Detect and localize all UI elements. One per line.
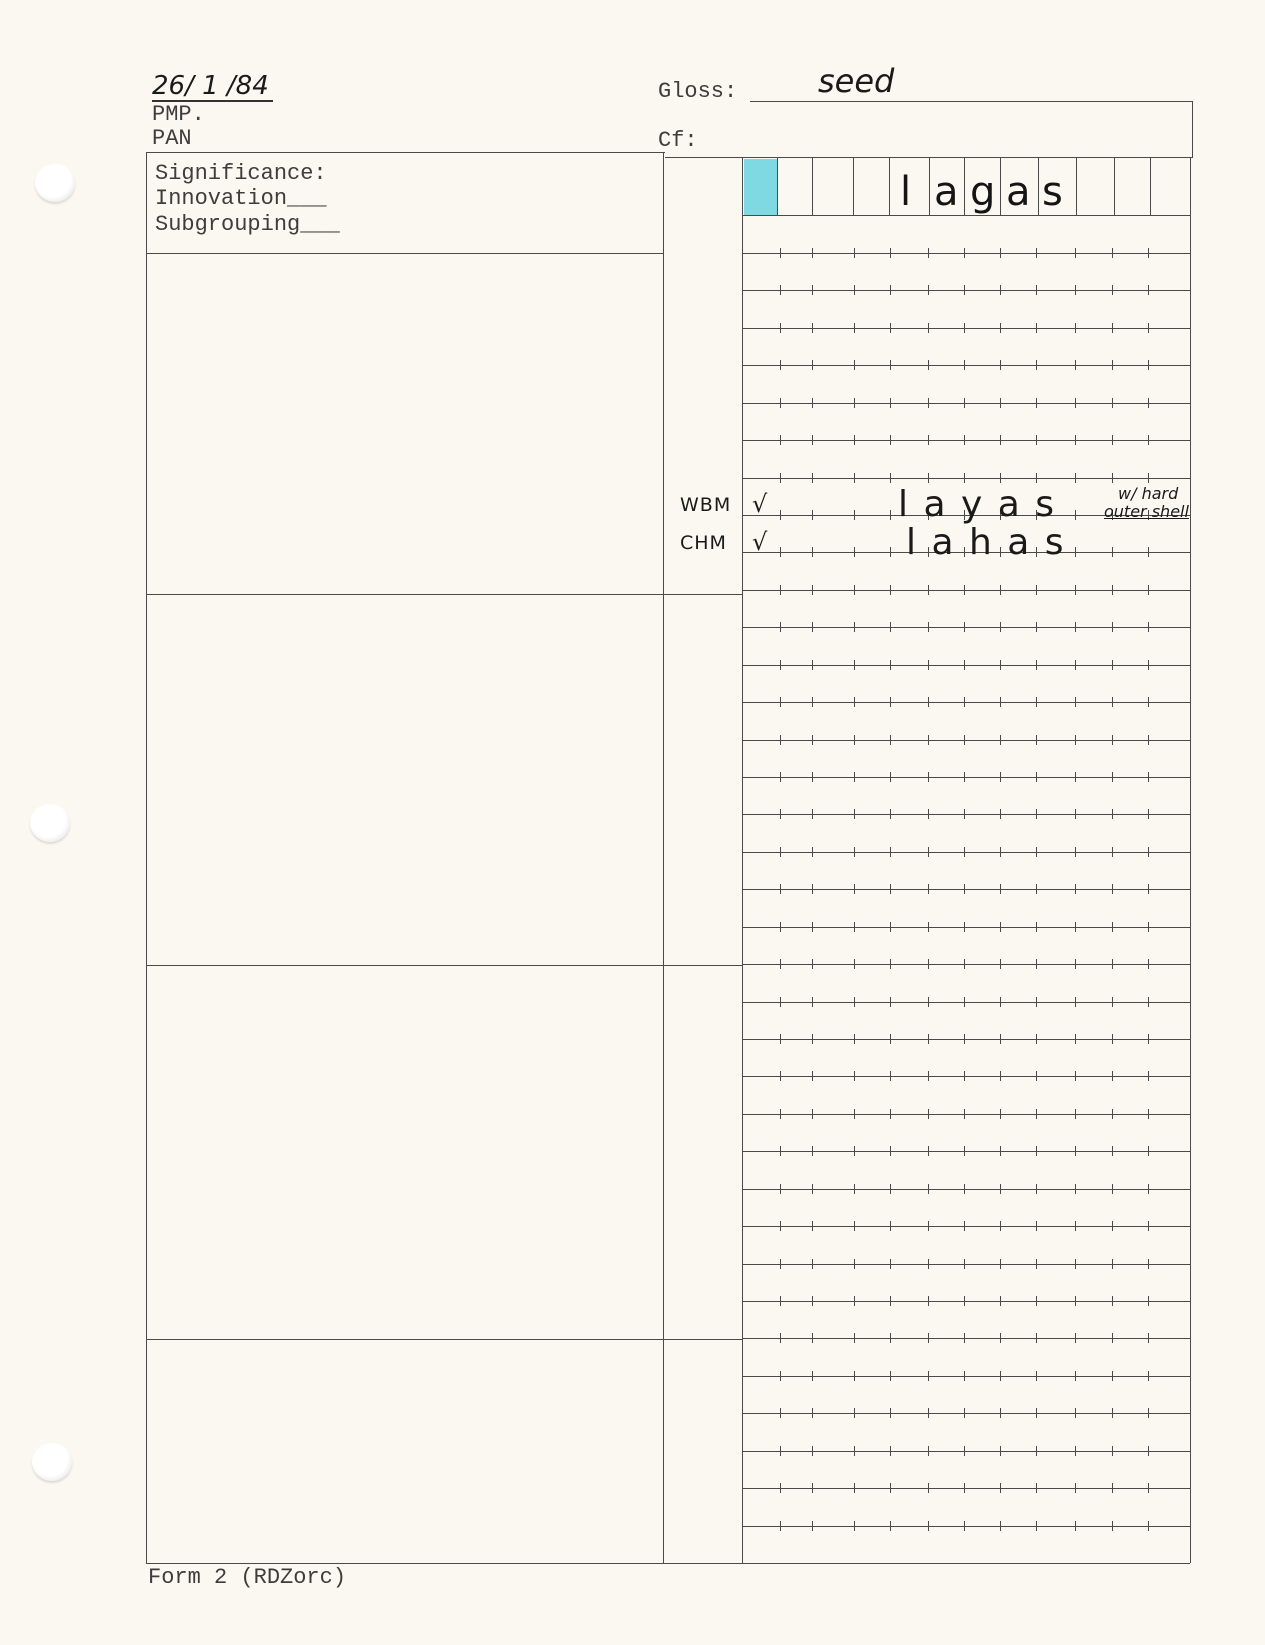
ruled-tick [1075,323,1076,333]
ruled-tick [1036,1333,1037,1343]
ruled-tick [964,1221,965,1231]
ruled-tick [890,360,891,370]
ruled-tick [928,285,929,295]
ruled-line [742,1301,1190,1302]
gloss-value: seed [818,62,894,100]
ruled-tick [928,398,929,408]
ruled-tick [1036,622,1037,632]
entry-note-line2: outer shell [1104,502,1189,521]
ruled-tick [964,1521,965,1531]
ruled-tick [1148,1408,1149,1418]
ruled-tick [1112,660,1113,670]
ruled-tick [964,735,965,745]
ruled-tick [1148,1371,1149,1381]
ruled-tick [854,1109,855,1119]
ruled-tick [928,660,929,670]
ruled-tick [1000,323,1001,333]
ruled-tick [928,1221,929,1231]
ruled-tick [812,1071,813,1081]
ruled-line [742,1376,1190,1377]
ruled-tick [854,1184,855,1194]
ruled-tick [1036,959,1037,969]
ruled-tick [780,1296,781,1306]
ruled-tick [854,1483,855,1493]
ruled-tick [928,959,929,969]
ruled-tick [928,1296,929,1306]
ruled-tick [1036,1109,1037,1119]
ruled-tick [1148,697,1149,707]
ruled-tick [812,398,813,408]
ruled-tick [890,1483,891,1493]
ruled-tick [890,1333,891,1343]
ruled-tick [854,997,855,1007]
ruled-tick [1036,1521,1037,1531]
column-divider-source [663,152,664,1563]
ruled-tick [1036,585,1037,595]
ruled-tick [1148,1071,1149,1081]
ruled-tick [812,735,813,745]
ruled-tick [890,248,891,258]
ruled-tick [928,1034,929,1044]
date-handwritten: 26/ 1 /84 [152,72,273,102]
ruled-tick [780,1146,781,1156]
ruled-line [742,964,1190,965]
ruled-tick [780,622,781,632]
header-cell-divider [1000,157,1001,215]
ruled-tick [890,622,891,632]
ruled-tick [928,585,929,595]
ruled-tick [890,1408,891,1418]
ruled-tick [890,323,891,333]
ruled-tick [964,660,965,670]
ruled-tick [928,922,929,932]
ruled-tick [1036,1408,1037,1418]
frame-top-left [146,152,665,153]
ruled-tick [1112,847,1113,857]
ruled-tick [812,1333,813,1343]
ruled-tick [780,1521,781,1531]
ruled-tick [1112,1146,1113,1156]
ruled-tick [812,435,813,445]
ruled-tick [1075,1034,1076,1044]
ruled-tick [780,1446,781,1456]
ruled-tick [1148,323,1149,333]
ruled-tick [964,285,965,295]
ruled-tick [1000,622,1001,632]
reconstruction-letter-3: g [970,172,995,212]
entry-form-chm: l a h a s [906,522,1065,563]
header-cell-divider [889,157,890,215]
ruled-tick [812,1221,813,1231]
cf-label: Cf: [658,129,698,153]
ruled-tick [854,360,855,370]
frame-left-edge [146,152,147,1563]
frame-right-edge [1190,157,1191,1563]
ruled-tick [1075,1296,1076,1306]
ruled-tick [964,435,965,445]
header-cell-divider [777,157,778,215]
ruled-tick [854,959,855,969]
ruled-line [742,328,1190,329]
header-cell-divider [1114,157,1115,215]
ruled-tick [928,1371,929,1381]
ruled-tick [1112,1408,1113,1418]
ruled-tick [1148,1483,1149,1493]
ruled-tick [1148,585,1149,595]
ruled-tick [890,1184,891,1194]
section-divider-3 [146,1339,742,1340]
ruled-tick [854,1071,855,1081]
ruled-tick [1000,1333,1001,1343]
entry-check-chm: √ [752,528,767,556]
ruled-tick [890,1221,891,1231]
ruled-tick [1075,1259,1076,1269]
significance-bottom-line [146,253,663,254]
ruled-tick [1112,622,1113,632]
ruled-tick [1148,1259,1149,1269]
ruled-line [742,253,1190,254]
ruled-tick [854,660,855,670]
ruled-tick [928,622,929,632]
ruled-tick [1000,360,1001,370]
ruled-tick [964,398,965,408]
ruled-tick [1112,360,1113,370]
ruled-tick [890,922,891,932]
ruled-tick [1112,1521,1113,1531]
ruled-tick [890,772,891,782]
ruled-tick [964,1259,965,1269]
ruled-tick [780,285,781,295]
ruled-tick [854,772,855,782]
ruled-tick [854,1259,855,1269]
form-label: Form 2 (RDZorc) [148,1566,346,1590]
reconstruction-letter-5: s [1042,172,1063,212]
ruled-tick [1036,1071,1037,1081]
ruled-tick [812,847,813,857]
ruled-tick [1075,473,1076,483]
header-row-bottom [742,215,1190,216]
ruled-tick [890,1034,891,1044]
ruled-tick [854,1371,855,1381]
ruled-tick [1112,435,1113,445]
ruled-tick [854,622,855,632]
ruled-tick [812,959,813,969]
ruled-tick [1075,1184,1076,1194]
ruled-tick [780,248,781,258]
ruled-tick [812,809,813,819]
ruled-line [742,889,1190,890]
ruled-tick [854,1034,855,1044]
ruled-tick [1148,547,1149,557]
ruled-tick [854,847,855,857]
ruled-tick [812,248,813,258]
ruled-tick [1148,360,1149,370]
ruled-tick [780,473,781,483]
ruled-tick [964,1184,965,1194]
ruled-tick [1036,1371,1037,1381]
ruled-tick [1148,435,1149,445]
ruled-tick [964,1034,965,1044]
ruled-line [742,590,1190,591]
ruled-tick [854,547,855,557]
ruled-tick [854,1221,855,1231]
ruled-tick [928,1483,929,1493]
ruled-tick [928,697,929,707]
binder-hole-bottom [32,1443,72,1481]
ruled-tick [780,1184,781,1194]
ruled-tick [1112,248,1113,258]
highlight-cell [744,159,777,215]
ruled-line [742,1226,1190,1227]
ruled-tick [1148,248,1149,258]
ruled-tick [780,1221,781,1231]
ruled-tick [1148,660,1149,670]
ruled-tick [928,1408,929,1418]
ruled-tick [1112,1221,1113,1231]
ruled-tick [928,884,929,894]
ruled-tick [1075,735,1076,745]
ruled-tick [1000,398,1001,408]
binder-hole-middle [30,804,70,842]
ruled-tick [854,1296,855,1306]
section-divider-1 [146,594,742,595]
ruled-tick [1000,285,1001,295]
ruled-tick [1148,1333,1149,1343]
ruled-tick [812,1371,813,1381]
ruled-tick [1075,510,1076,520]
ruled-tick [890,1446,891,1456]
ruled-tick [1148,285,1149,295]
ruled-tick [964,1408,965,1418]
ruled-line [742,927,1190,928]
ruled-tick [1112,1333,1113,1343]
ruled-tick [964,1071,965,1081]
ruled-tick [1112,997,1113,1007]
ruled-tick [1148,847,1149,857]
header-cell-divider [853,157,854,215]
ruled-tick [1000,1296,1001,1306]
ruled-tick [928,1521,929,1531]
ruled-line [742,1039,1190,1040]
ruled-tick [1075,435,1076,445]
ruled-line [742,1151,1190,1152]
ruled-tick [1075,884,1076,894]
ruled-tick [890,1371,891,1381]
ruled-tick [928,360,929,370]
ruled-tick [964,1446,965,1456]
ruled-tick [890,1296,891,1306]
ruled-tick [854,510,855,520]
ruled-tick [890,847,891,857]
ruled-tick [928,847,929,857]
ruled-tick [890,697,891,707]
ruled-tick [780,809,781,819]
ruled-tick [1112,809,1113,819]
entry-form-wbm: l a y a s [898,484,1056,525]
ruled-tick [1112,1483,1113,1493]
ruled-tick [1036,847,1037,857]
ruled-tick [1148,473,1149,483]
ruled-tick [780,1483,781,1493]
subgrouping-label: Subgrouping___ [155,213,340,237]
ruled-tick [1075,585,1076,595]
ruled-tick [780,772,781,782]
ruled-tick [812,1521,813,1531]
ruled-line [742,1488,1190,1489]
column-divider-grid [742,157,743,1563]
ruled-tick [964,772,965,782]
ruled-tick [1112,884,1113,894]
ruled-tick [854,1146,855,1156]
ruled-tick [780,1034,781,1044]
ruled-tick [928,1333,929,1343]
ruled-tick [1036,809,1037,819]
ruled-tick [1148,1109,1149,1119]
ruled-tick [1036,1296,1037,1306]
ruled-tick [928,323,929,333]
ruled-tick [1075,285,1076,295]
ruled-tick [1112,1259,1113,1269]
ruled-tick [928,1446,929,1456]
ruled-tick [1036,473,1037,483]
ruled-tick [812,473,813,483]
ruled-tick [1036,1146,1037,1156]
ruled-tick [1112,1109,1113,1119]
ruled-tick [854,735,855,745]
ruled-tick [1036,1483,1037,1493]
ruled-tick [1000,248,1001,258]
ruled-tick [1000,1371,1001,1381]
ruled-line [742,1338,1190,1339]
ruled-tick [854,248,855,258]
ruled-tick [1075,1371,1076,1381]
ruled-tick [890,1071,891,1081]
ruled-tick [1148,809,1149,819]
header-line-pan: PAN [152,127,192,151]
ruled-tick [1000,1109,1001,1119]
ruled-tick [1148,1521,1149,1531]
ruled-tick [1036,772,1037,782]
ruled-tick [1000,847,1001,857]
ruled-tick [1075,772,1076,782]
ruled-tick [1000,1034,1001,1044]
ruled-tick [964,959,965,969]
ruled-tick [1036,323,1037,333]
ruled-tick [1148,959,1149,969]
ruled-line [742,1002,1190,1003]
ruled-tick [1112,323,1113,333]
ruled-tick [780,398,781,408]
ruled-tick [1112,1184,1113,1194]
ruled-tick [854,323,855,333]
ruled-tick [1148,735,1149,745]
ruled-tick [964,884,965,894]
ruled-tick [812,922,813,932]
ruled-tick [964,360,965,370]
ruled-tick [780,1259,781,1269]
ruled-tick [964,1483,965,1493]
ruled-tick [890,997,891,1007]
ruled-tick [1075,1146,1076,1156]
ruled-tick [812,1296,813,1306]
ruled-tick [1075,697,1076,707]
ruled-tick [812,884,813,894]
ruled-line [742,440,1190,441]
ruled-tick [780,847,781,857]
ruled-tick [928,735,929,745]
ruled-tick [964,809,965,819]
ruled-tick [854,473,855,483]
ruled-tick [928,435,929,445]
ruled-tick [812,1034,813,1044]
ruled-tick [1148,1034,1149,1044]
ruled-tick [780,1333,781,1343]
ruled-line [742,365,1190,366]
entry-source-chm: CHM [680,532,727,554]
ruled-tick [1148,997,1149,1007]
ruled-tick [1148,1221,1149,1231]
ruled-tick [1036,1184,1037,1194]
ruled-tick [854,697,855,707]
ruled-tick [928,1146,929,1156]
ruled-tick [1075,622,1076,632]
ruled-tick [1036,660,1037,670]
ruled-tick [890,473,891,483]
ruled-tick [1075,809,1076,819]
ruled-tick [928,248,929,258]
ruled-tick [812,1446,813,1456]
ruled-tick [812,585,813,595]
entry-check-wbm: √ [752,490,767,518]
ruled-tick [1036,398,1037,408]
ruled-tick [890,510,891,520]
ruled-tick [1075,847,1076,857]
frame-bottom [146,1563,1190,1564]
ruled-line [742,403,1190,404]
ruled-tick [1148,622,1149,632]
ruled-tick [780,1071,781,1081]
ruled-tick [1075,360,1076,370]
ruled-line [742,1114,1190,1115]
header-line-pmp: PMP. [152,103,205,127]
ruled-tick [1000,735,1001,745]
ruled-tick [1000,1483,1001,1493]
ruled-tick [890,285,891,295]
ruled-line [742,814,1190,815]
ruled-tick [780,922,781,932]
ruled-tick [1036,360,1037,370]
ruled-tick [890,809,891,819]
ruled-tick [854,1333,855,1343]
ruled-tick [1036,1446,1037,1456]
innovation-label: Innovation___ [155,187,327,211]
ruled-line [742,1264,1190,1265]
ruled-tick [1148,1184,1149,1194]
ruled-tick [812,1146,813,1156]
ruled-tick [1075,1483,1076,1493]
ruled-tick [780,660,781,670]
ruled-tick [1000,435,1001,445]
ruled-line [742,627,1190,628]
ruled-tick [928,473,929,483]
ruled-tick [1036,922,1037,932]
ruled-tick [1112,398,1113,408]
ruled-tick [1000,697,1001,707]
ruled-tick [812,285,813,295]
gloss-box-right-edge [1192,101,1193,158]
binder-hole-top [35,164,75,202]
ruled-tick [1112,473,1113,483]
